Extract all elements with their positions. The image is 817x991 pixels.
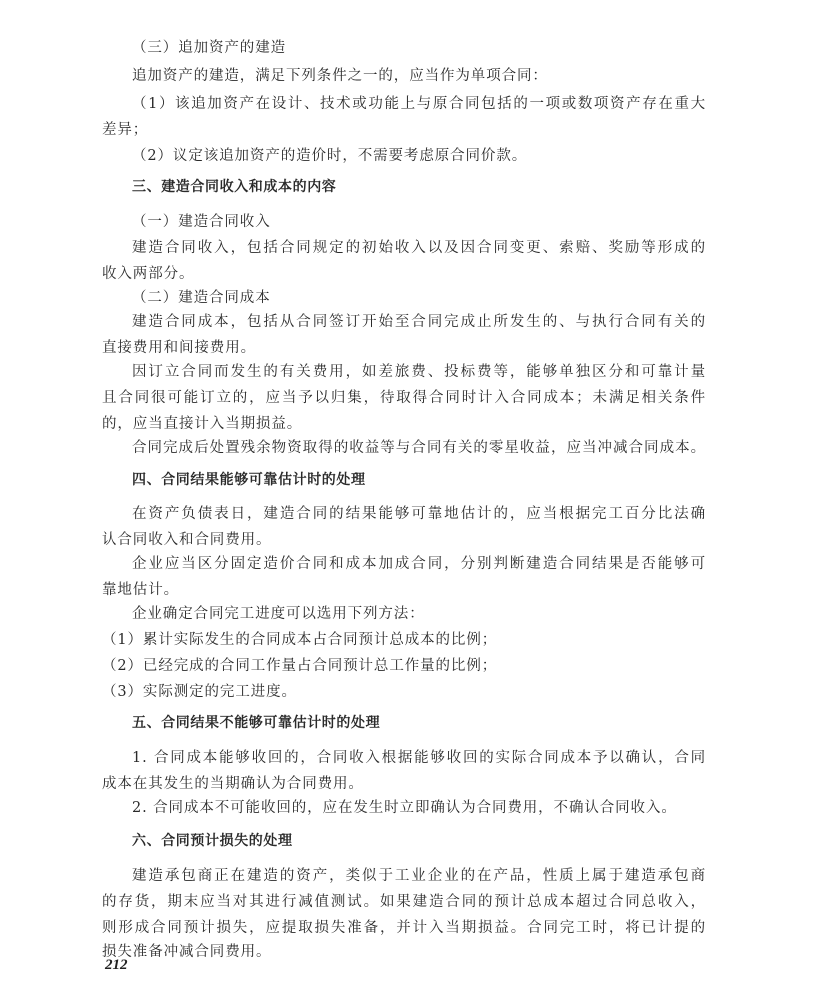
paragraph-line: 追加资产的建造，满足下列条件之一的，应当作为单项合同： [132, 66, 548, 86]
list-item: （1）累计实际发生的合同成本占合同预计总成本的比例； [102, 630, 497, 650]
paragraph-line: 的，应当直接计入当期损益。 [102, 414, 302, 434]
list-item: （3）实际测定的完工进度。 [102, 682, 297, 702]
paragraph-line: 收入两部分。 [102, 264, 194, 284]
paragraph-line: 靠地估计。 [102, 580, 179, 600]
paragraph-line: （2）议定该追加资产的造价时，不需要考虑原合同价款。 [132, 146, 527, 166]
section-heading-3: 三、建造合同收入和成本的内容 [132, 177, 336, 197]
subheading-contract-cost: （二）建造合同成本 [132, 288, 271, 308]
paragraph-line: 在资产负债表日，建造合同的结果能够可靠地估计的，应当根据完工百分比法确 [132, 504, 706, 524]
paragraph-line: 建造合同成本，包括从合同签订开始至合同完成止所发生的、与执行合同有关的 [132, 312, 706, 332]
paragraph-line: 建造承包商正在建造的资产，类似于工业企业的在产品，性质上属于建造承包商 [132, 866, 706, 886]
paragraph-line: 的存货，期末应当对其进行减值测试。如果建造合同的预计总成本超过合同总收入， [102, 892, 706, 912]
paragraph-line: 合同完成后处置残余物资取得的收益等与合同有关的零星收益，应当冲减合同成本。 [132, 438, 706, 458]
paragraph-line: 企业确定合同完工进度可以选用下列方法： [132, 604, 425, 624]
paragraph-line: 企业应当区分固定造价合同和成本加成合同，分别判断建造合同结果是否能够可 [132, 554, 706, 574]
paragraph-line: （1）该追加资产在设计、技术或功能上与原合同包括的一项或数项资产存在重大 [132, 94, 706, 114]
paragraph-line: 1. 合同成本能够收回的，合同收入根据能够收回的实际合同成本予以确认，合同 [132, 748, 706, 768]
paragraph-line: 则形成合同预计损失，应提取损失准备，并计入当期损益。合同完工时，将已计提的 [102, 918, 706, 938]
paragraph-line: 建造合同收入，包括合同规定的初始收入以及因合同变更、索赔、奖励等形成的 [132, 238, 706, 258]
section-heading-4: 四、合同结果能够可靠估计时的处理 [132, 470, 366, 490]
page-number: 212 [105, 957, 128, 974]
paragraph-line: 直接费用和间接费用。 [102, 338, 256, 358]
paragraph-line: 成本在其发生的当期确认为合同费用。 [102, 774, 364, 794]
subheading-additional-asset: （三）追加资产的建造 [132, 38, 286, 58]
paragraph-line: 认合同收入和合同费用。 [102, 530, 271, 550]
section-heading-5: 五、合同结果不能够可靠估计时的处理 [132, 713, 380, 733]
list-item: （2）已经完成的合同工作量占合同预计总工作量的比例； [102, 656, 497, 676]
paragraph-line: 因订立合同而发生的有关费用，如差旅费、投标费等，能够单独区分和可靠计量 [132, 362, 706, 382]
section-heading-6: 六、合同预计损失的处理 [132, 831, 293, 851]
paragraph-line: 且合同很可能订立的，应当予以归集，待取得合同时计入合同成本；未满足相关条件 [102, 388, 706, 408]
paragraph-line: 2. 合同成本不可能收回的，应在发生时立即确认为合同费用，不确认合同收入。 [132, 798, 677, 818]
subheading-contract-revenue: （一）建造合同收入 [132, 212, 271, 232]
paragraph-line: 差异； [102, 120, 148, 140]
